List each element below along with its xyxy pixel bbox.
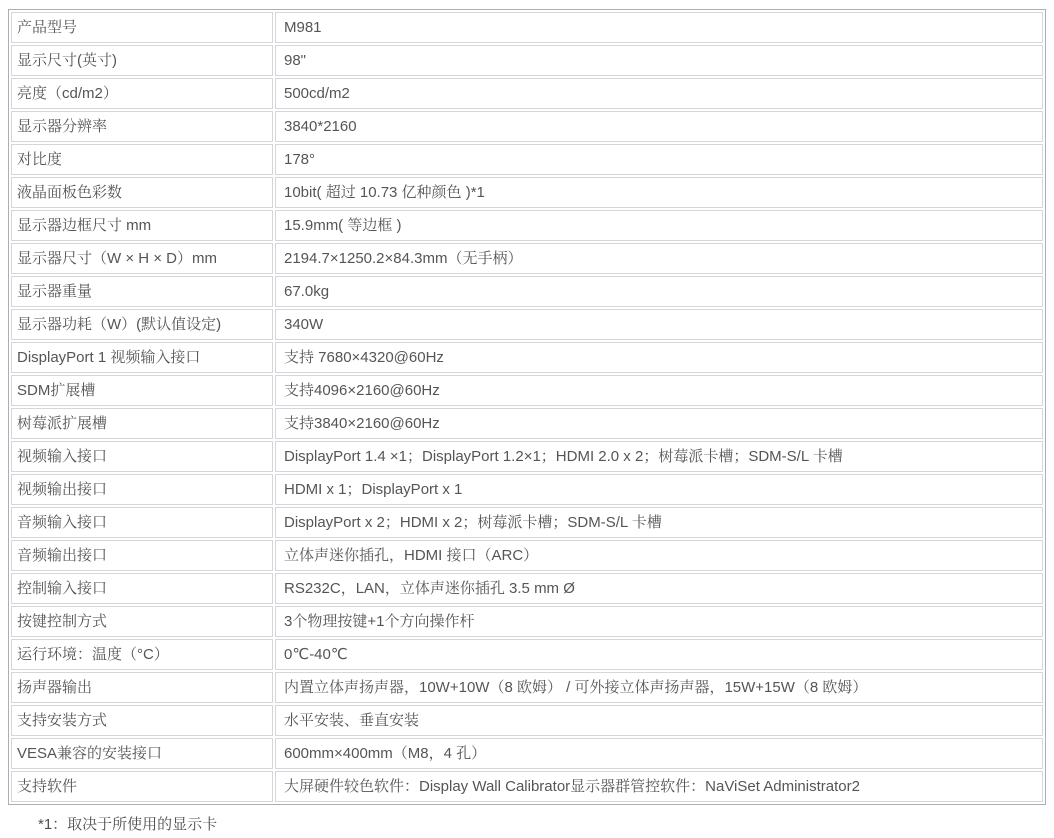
- spec-label-cell: 音频输入接口: [11, 507, 273, 538]
- spec-value-cell: 立体声迷你插孔，HDMI 接口（ARC）: [275, 540, 1043, 571]
- table-row: 按键控制方式 3个物理按键+1个方向操作杆: [11, 606, 1043, 637]
- spec-label-cell: 显示器重量: [11, 276, 273, 307]
- table-row: 运行环境：温度（°C） 0℃-40℃: [11, 639, 1043, 670]
- spec-label-cell: 亮度（cd/m2）: [11, 78, 273, 109]
- spec-value-cell: DisplayPort x 2；HDMI x 2；树莓派卡槽；SDM-S/L 卡…: [275, 507, 1043, 538]
- table-row: 树莓派扩展槽 支持3840×2160@60Hz: [11, 408, 1043, 439]
- spec-label-cell: 显示器边框尺寸 mm: [11, 210, 273, 241]
- spec-value-cell: HDMI x 1；DisplayPort x 1: [275, 474, 1043, 505]
- spec-value-cell: 10bit( 超过 10.73 亿种颜色 )*1: [275, 177, 1043, 208]
- page: 产品型号 M981 显示尺寸(英寸) 98" 亮度（cd/m2） 500cd/m…: [0, 0, 1054, 834]
- spec-value-cell: M981: [275, 12, 1043, 43]
- spec-value-cell: RS232C，LAN，立体声迷你插孔 3.5 mm Ø: [275, 573, 1043, 604]
- spec-label-cell: 树莓派扩展槽: [11, 408, 273, 439]
- spec-label-cell: 按键控制方式: [11, 606, 273, 637]
- table-row: 支持安装方式 水平安装、垂直安装: [11, 705, 1043, 736]
- table-row: 视频输出接口 HDMI x 1；DisplayPort x 1: [11, 474, 1043, 505]
- table-row: 控制输入接口 RS232C，LAN，立体声迷你插孔 3.5 mm Ø: [11, 573, 1043, 604]
- table-row: 产品型号 M981: [11, 12, 1043, 43]
- spec-value-cell: 支持 7680×4320@60Hz: [275, 342, 1043, 373]
- table-row: 显示器分辨率 3840*2160: [11, 111, 1043, 142]
- spec-label-cell: 视频输出接口: [11, 474, 273, 505]
- spec-value-cell: 500cd/m2: [275, 78, 1043, 109]
- spec-label-cell: 支持软件: [11, 771, 273, 802]
- spec-value-cell: DisplayPort 1.4 ×1；DisplayPort 1.2×1；HDM…: [275, 441, 1043, 472]
- spec-label-cell: 显示尺寸(英寸): [11, 45, 273, 76]
- spec-label-cell: SDM扩展槽: [11, 375, 273, 406]
- spec-table: 产品型号 M981 显示尺寸(英寸) 98" 亮度（cd/m2） 500cd/m…: [8, 9, 1046, 805]
- table-row: 显示器功耗（W）(默认值设定) 340W: [11, 309, 1043, 340]
- spec-value-cell: 0℃-40℃: [275, 639, 1043, 670]
- footnote: *1：取决于所使用的显示卡: [38, 813, 1046, 834]
- spec-value-cell: 3840*2160: [275, 111, 1043, 142]
- table-row: 视频输入接口 DisplayPort 1.4 ×1；DisplayPort 1.…: [11, 441, 1043, 472]
- spec-value-cell: 98": [275, 45, 1043, 76]
- spec-value-cell: 67.0kg: [275, 276, 1043, 307]
- spec-label-cell: 视频输入接口: [11, 441, 273, 472]
- table-row: 显示尺寸(英寸) 98": [11, 45, 1043, 76]
- spec-value-cell: 340W: [275, 309, 1043, 340]
- spec-label-cell: 支持安装方式: [11, 705, 273, 736]
- spec-value-cell: 大屏硬件较色软件：Display Wall Calibrator显示器群管控软件…: [275, 771, 1043, 802]
- spec-value-cell: 178°: [275, 144, 1043, 175]
- spec-label-cell: 音频输出接口: [11, 540, 273, 571]
- table-row: 显示器边框尺寸 mm 15.9mm( 等边框 ): [11, 210, 1043, 241]
- table-row: 显示器尺寸（W × H × D）mm 2194.7×1250.2×84.3mm（…: [11, 243, 1043, 274]
- spec-label-cell: 产品型号: [11, 12, 273, 43]
- spec-value-cell: 水平安装、垂直安装: [275, 705, 1043, 736]
- table-row: 液晶面板色彩数 10bit( 超过 10.73 亿种颜色 )*1: [11, 177, 1043, 208]
- spec-label-cell: 对比度: [11, 144, 273, 175]
- spec-label-cell: 显示器功耗（W）(默认值设定): [11, 309, 273, 340]
- spec-label-cell: 显示器分辨率: [11, 111, 273, 142]
- table-row: 支持软件 大屏硬件较色软件：Display Wall Calibrator显示器…: [11, 771, 1043, 802]
- spec-value-cell: 15.9mm( 等边框 ): [275, 210, 1043, 241]
- table-row: 音频输入接口 DisplayPort x 2；HDMI x 2；树莓派卡槽；SD…: [11, 507, 1043, 538]
- spec-label-cell: 控制输入接口: [11, 573, 273, 604]
- spec-label-cell: 运行环境：温度（°C）: [11, 639, 273, 670]
- spec-label-cell: 液晶面板色彩数: [11, 177, 273, 208]
- spec-value-cell: 内置立体声扬声器，10W+10W（8 欧姆） / 可外接立体声扬声器，15W+1…: [275, 672, 1043, 703]
- table-row: VESA兼容的安装接口 600mm×400mm（M8，4 孔）: [11, 738, 1043, 769]
- spec-label-cell: 扬声器输出: [11, 672, 273, 703]
- table-row: DisplayPort 1 视频输入接口 支持 7680×4320@60Hz: [11, 342, 1043, 373]
- spec-value-cell: 2194.7×1250.2×84.3mm（无手柄）: [275, 243, 1043, 274]
- spec-value-cell: 3个物理按键+1个方向操作杆: [275, 606, 1043, 637]
- table-row: SDM扩展槽 支持4096×2160@60Hz: [11, 375, 1043, 406]
- spec-value-cell: 支持3840×2160@60Hz: [275, 408, 1043, 439]
- table-row: 显示器重量 67.0kg: [11, 276, 1043, 307]
- spec-value-cell: 600mm×400mm（M8，4 孔）: [275, 738, 1043, 769]
- spec-label-cell: 显示器尺寸（W × H × D）mm: [11, 243, 273, 274]
- spec-label-cell: DisplayPort 1 视频输入接口: [11, 342, 273, 373]
- spec-label-cell: VESA兼容的安装接口: [11, 738, 273, 769]
- table-row: 对比度 178°: [11, 144, 1043, 175]
- table-row: 扬声器输出 内置立体声扬声器，10W+10W（8 欧姆） / 可外接立体声扬声器…: [11, 672, 1043, 703]
- table-row: 亮度（cd/m2） 500cd/m2: [11, 78, 1043, 109]
- spec-value-cell: 支持4096×2160@60Hz: [275, 375, 1043, 406]
- table-row: 音频输出接口 立体声迷你插孔，HDMI 接口（ARC）: [11, 540, 1043, 571]
